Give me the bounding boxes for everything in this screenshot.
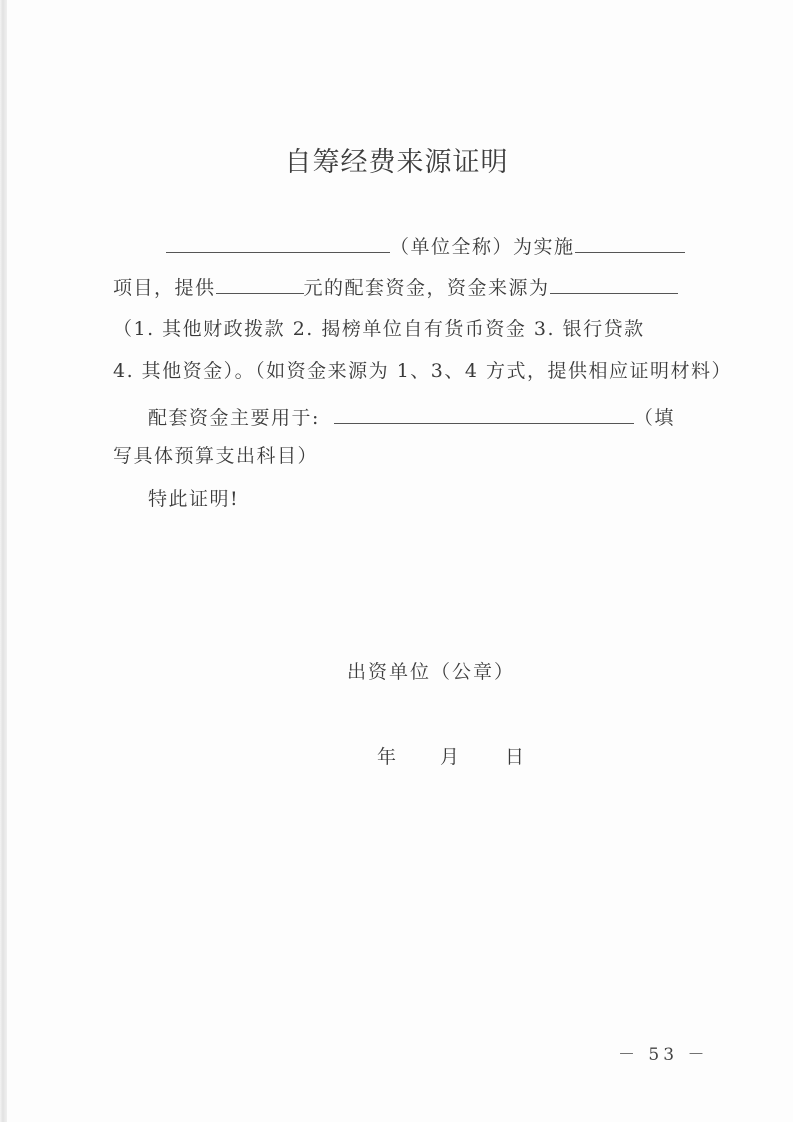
- paragraph-line-6: 写具体预算支出科目）: [113, 444, 318, 468]
- date-month-label: 月: [440, 742, 461, 769]
- paragraph-line-3: （1. 其他财政拨款 2. 揭榜单位自有货币资金 3. 银行贷款: [113, 317, 645, 341]
- amount-blank[interactable]: [216, 273, 304, 294]
- provide-text: 项目，提供: [113, 277, 216, 299]
- closing-text: 特此证明!: [148, 487, 239, 511]
- issuing-unit-seal-label: 出资单位（公章）: [347, 657, 515, 684]
- paragraph-line-1: （单位全称）为实施: [166, 232, 685, 259]
- paragraph-line-2: 项目，提供元的配套资金，资金来源为: [113, 273, 678, 300]
- document-title: 自筹经费来源证明: [0, 140, 793, 179]
- unit-hint-text: （单位全称）为实施: [390, 236, 575, 258]
- funding-source-text: 元的配套资金，资金来源为: [304, 277, 550, 299]
- unit-name-blank[interactable]: [166, 232, 390, 253]
- date-day-label: 日: [505, 742, 526, 769]
- project-name-blank[interactable]: [575, 232, 685, 253]
- page-number: － 53 －: [618, 1040, 708, 1065]
- date-year-label: 年: [377, 742, 398, 769]
- funding-source-blank[interactable]: [550, 273, 678, 294]
- usage-hint-start: （填: [634, 407, 675, 429]
- paragraph-line-5: 配套资金主要用于:（填: [148, 403, 675, 430]
- usage-label: 配套资金主要用于:: [148, 407, 320, 429]
- usage-blank[interactable]: [334, 403, 634, 424]
- paragraph-line-4: 4. 其他资金）。（如资金来源为 1、3、4 方式，提供相应证明材料）: [113, 359, 732, 383]
